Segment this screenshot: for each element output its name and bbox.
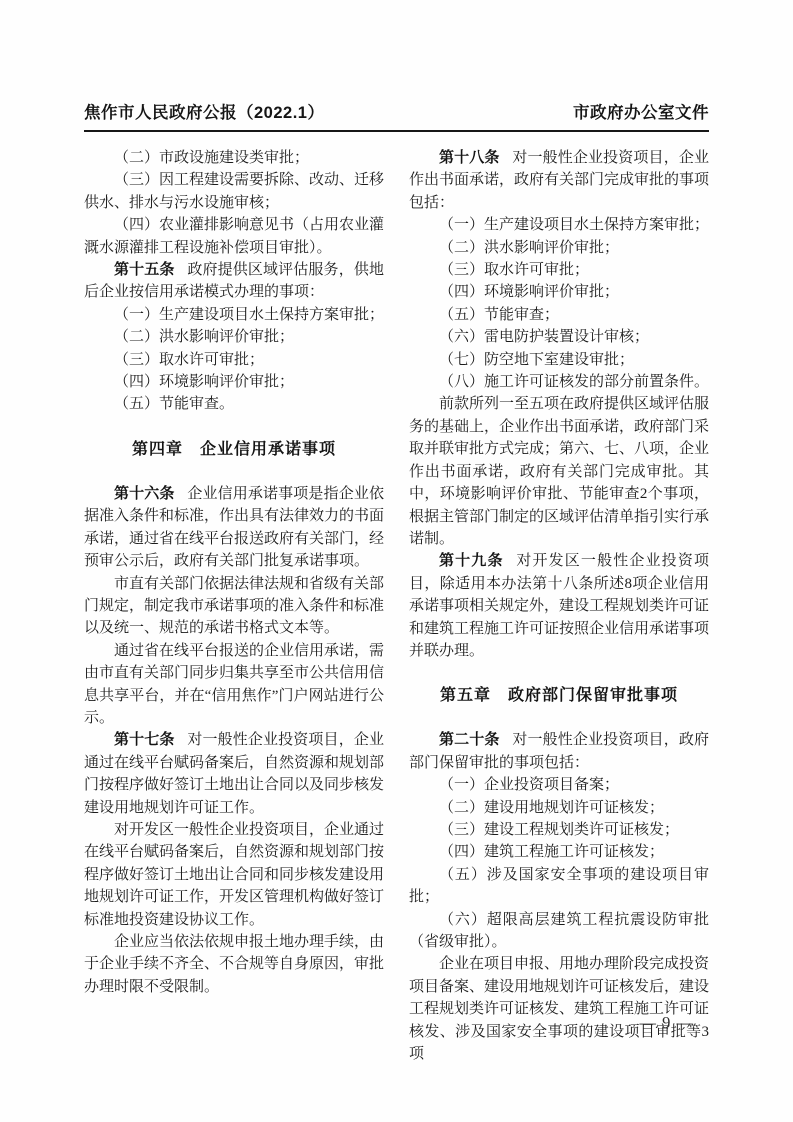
- list-item: （二）建设用地规划许可证核发；: [409, 797, 709, 819]
- article-number: 第二十条: [439, 731, 500, 748]
- list-item: （四）农业灌排影响意见书（占用农业灌溉水源灌排工程设施补偿项目审批）。: [84, 214, 384, 259]
- paragraph: 第十九条对开发区一般性企业投资项目，除适用本办法第十八条所述8项企业信用承诺事项…: [409, 550, 709, 662]
- list-item: （五）涉及国家安全事项的建设项目审批；: [409, 864, 709, 909]
- list-item: （三）取水许可审批；: [409, 259, 709, 281]
- list-item: （七）防空地下室建设审批；: [409, 349, 709, 371]
- paragraph: 第十五条政府提供区域评估服务，供地后企业按信用承诺模式办理的事项：: [84, 259, 384, 304]
- paragraph: 通过省在线平台报送的企业信用承诺，需由市直有关部门同步归集共享至市公共信用信息共…: [84, 640, 384, 730]
- right-column: 第十八条对一般性企业投资项目，企业作出书面承诺，政府有关部门完成审批的事项包括：…: [409, 147, 709, 1065]
- list-item: （三）取水许可审批；: [84, 349, 384, 371]
- article-number: 第十六条: [114, 485, 175, 502]
- gazette-page: 焦作市人民政府公报（2022.1） 市政府办公室文件 （二）市政设施建设类审批；…: [0, 0, 793, 1122]
- list-item: （三）因工程建设需要拆除、改动、迁移供水、排水与污水设施审核；: [84, 169, 384, 214]
- list-item: （一）生产建设项目水土保持方案审批；: [84, 304, 384, 326]
- left-column: （二）市政设施建设类审批；（三）因工程建设需要拆除、改动、迁移供水、排水与污水设…: [84, 147, 384, 1065]
- chapter-heading: 第四章 企业信用承诺事项: [84, 438, 384, 461]
- paragraph: 第二十条对一般性企业投资项目，政府部门保留审批的事项包括：: [409, 729, 709, 774]
- paragraph: 前款所列一至五项在政府提供区域评估服务的基础上，企业作出书面承诺，政府部门采取并…: [409, 393, 709, 550]
- list-item: （五）节能审查；: [409, 304, 709, 326]
- gazette-title: 焦作市人民政府公报（2022.1）: [84, 99, 324, 123]
- page-number: — 9 —: [640, 1013, 695, 1033]
- list-item: （五）节能审查。: [84, 393, 384, 415]
- chapter-heading: 第五章 政府部门保留审批事项: [409, 684, 709, 707]
- page-header: 焦作市人民政府公报（2022.1） 市政府办公室文件: [84, 99, 709, 132]
- article-number: 第十八条: [439, 149, 500, 166]
- paragraph: 市直有关部门依据法律法规和省级有关部门规定，制定我市承诺事项的准入条件和标准以及…: [84, 573, 384, 640]
- list-item: （四）环境影响评价审批；: [409, 281, 709, 303]
- paragraph: 第十八条对一般性企业投资项目，企业作出书面承诺，政府有关部门完成审批的事项包括：: [409, 147, 709, 214]
- article-number: 第十五条: [114, 261, 175, 278]
- list-item: （二）市政设施建设类审批；: [84, 147, 384, 169]
- article-number: 第十七条: [114, 731, 175, 748]
- list-item: （一）企业投资项目备案；: [409, 774, 709, 796]
- list-item: （一）生产建设项目水土保持方案审批；: [409, 214, 709, 236]
- document-body: （二）市政设施建设类审批；（三）因工程建设需要拆除、改动、迁移供水、排水与污水设…: [84, 147, 709, 1065]
- list-item: （二）洪水影响评价审批；: [409, 237, 709, 259]
- paragraph: 企业应当依法依规申报土地办理手续，由于企业手续不齐全、不合规等自身原因，审批办理…: [84, 931, 384, 998]
- list-item: （三）建设工程规划类许可证核发；: [409, 819, 709, 841]
- list-item: （六）超限高层建筑工程抗震设防审批（省级审批）。: [409, 909, 709, 954]
- paragraph: 第十六条企业信用承诺事项是指企业依据准入条件和标准，作出具有法律效力的书面承诺，…: [84, 483, 384, 573]
- list-item: （四）建筑工程施工许可证核发；: [409, 841, 709, 863]
- list-item: （六）雷电防护装置设计审核；: [409, 326, 709, 348]
- list-item: （二）洪水影响评价审批；: [84, 326, 384, 348]
- document-category: 市政府办公室文件: [573, 99, 709, 123]
- paragraph: 企业在项目申报、用地办理阶段完成投资项目备案、建设用地规划许可证核发后，建设工程…: [409, 953, 709, 1065]
- paragraph: 第十七条对一般性企业投资项目，企业通过在线平台赋码备案后，自然资源和规划部门按程…: [84, 729, 384, 819]
- list-item: （四）环境影响评价审批；: [84, 371, 384, 393]
- article-number: 第十九条: [439, 552, 504, 569]
- paragraph: 对开发区一般性企业投资项目，企业通过在线平台赋码备案后，自然资源和规划部门按程序…: [84, 819, 384, 931]
- list-item: （八）施工许可证核发的部分前置条件。: [409, 371, 709, 393]
